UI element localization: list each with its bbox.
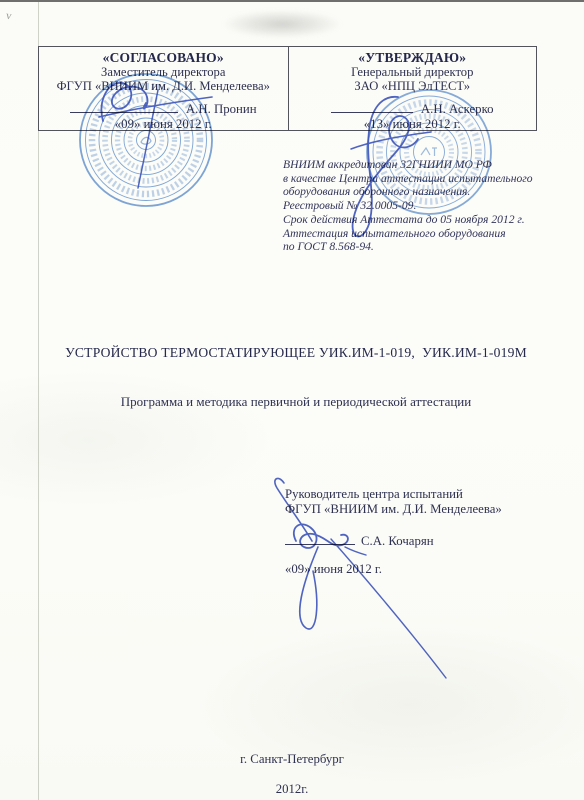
scan-smudge-artifact: [222, 10, 342, 38]
footer-year: 2012г.: [0, 782, 584, 797]
accreditation-line: Аттестация испытательного оборудования: [283, 227, 551, 241]
document-title: УСТРОЙСТВО ТЕРМОСТАТИРУЮЩЕЕ УИК.ИМ-1-019…: [0, 345, 584, 361]
approved-title: «УТВЕРЖДАЮ»: [289, 51, 537, 65]
approved-date: «13» июня 2012 г.: [289, 117, 537, 131]
signoff-signature-row: С.А. Кочарян: [285, 533, 555, 549]
accreditation-line: оборудования оборонного назначения.: [283, 185, 551, 199]
pencil-check-artifact: v: [5, 10, 13, 23]
signoff-role: Руководитель центра испытаний: [285, 487, 555, 502]
approved-role: Генеральный директор: [289, 65, 537, 79]
agreed-name: А.Н. Пронин: [186, 102, 257, 116]
approved-cell: «УТВЕРЖДАЮ» Генеральный директор ЗАО «НП…: [288, 47, 537, 130]
approved-name: А.Н. Аскерко: [421, 102, 494, 116]
agreed-title: «СОГЛАСОВАНО»: [39, 51, 288, 65]
accreditation-line: Срок действия Аттестата до 05 ноября 201…: [283, 213, 551, 227]
signature-line: [285, 533, 355, 545]
approved-signature-row: А.Н. Аскерко: [289, 101, 537, 117]
footer-city: г. Санкт-Петербург: [0, 752, 584, 767]
accreditation-line: в качестве Центра аттестации испытательн…: [283, 172, 551, 186]
signature-line: [331, 101, 413, 113]
signoff-block: Руководитель центра испытаний ФГУП «ВНИИ…: [285, 487, 555, 577]
scanned-document-page: v «СОГЛАСОВАНО» Заместитель директора ФГ…: [0, 0, 584, 800]
agreed-cell: «СОГЛАСОВАНО» Заместитель директора ФГУП…: [39, 47, 288, 130]
signoff-org: ФГУП «ВНИИМ им. Д.И. Менделеева»: [285, 502, 555, 517]
accreditation-line: Реестровый № 32.0005-09.: [283, 199, 551, 213]
accreditation-note: ВНИИМ аккредитован 32ГНИИИ МО РФ в качес…: [283, 158, 551, 254]
signature-line: [70, 101, 178, 113]
document-subtitle: Программа и методика первичной и периоди…: [0, 394, 584, 410]
agreed-date: «09» июня 2012 г.: [39, 117, 288, 131]
approval-table: «СОГЛАСОВАНО» Заместитель директора ФГУП…: [38, 46, 537, 131]
approved-org: ЗАО «НПЦ ЭлТЕСТ»: [289, 79, 537, 93]
agreed-signature-row: А.Н. Пронин: [39, 101, 288, 117]
accreditation-line: по ГОСТ 8.568-94.: [283, 240, 551, 254]
accreditation-line: ВНИИМ аккредитован 32ГНИИИ МО РФ: [283, 158, 551, 172]
signoff-date: «09» июня 2012 г.: [285, 562, 555, 577]
agreed-org: ФГУП «ВНИИМ им. Д.И. Менделеева»: [39, 79, 288, 93]
signoff-name: С.А. Кочарян: [361, 534, 434, 548]
agreed-role: Заместитель директора: [39, 65, 288, 79]
scan-top-edge: [0, 0, 584, 2]
